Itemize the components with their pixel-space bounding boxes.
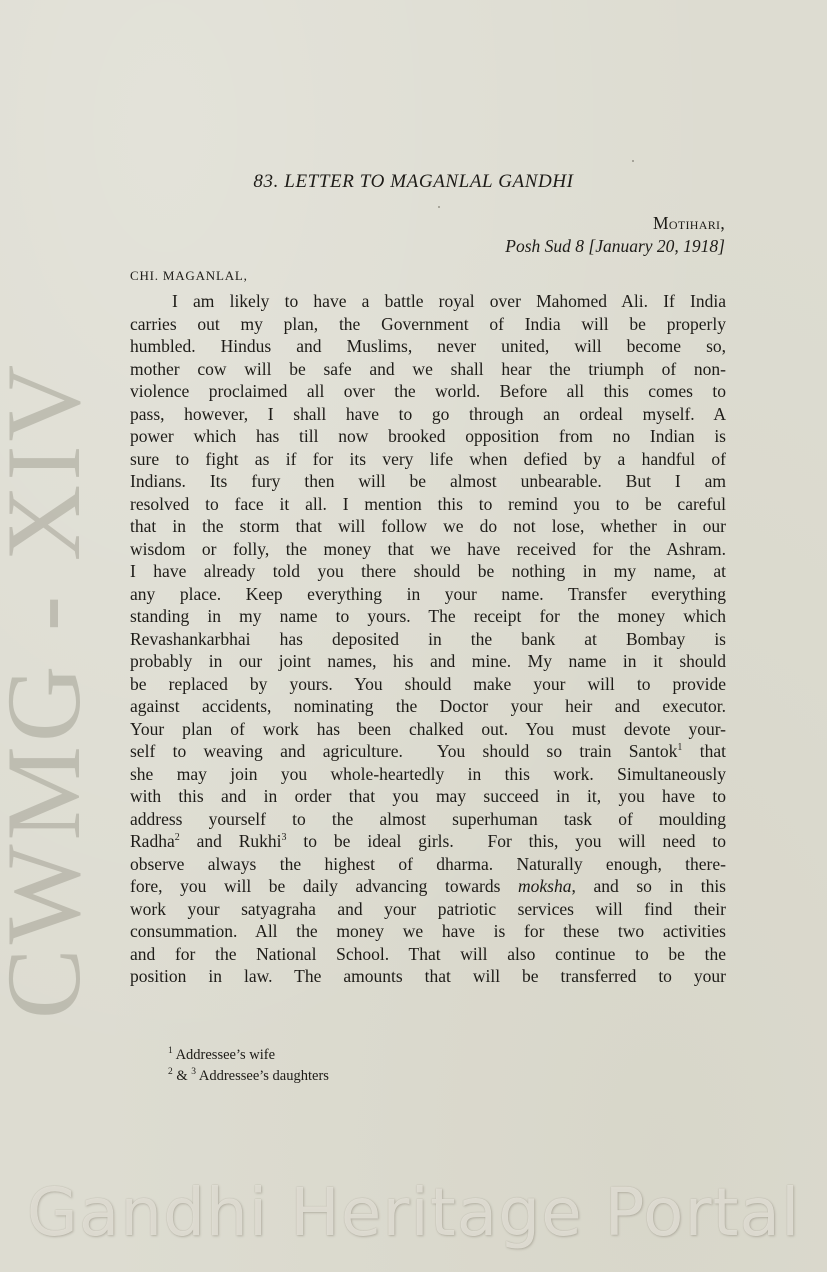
letter-title: 83. LETTER TO MAGANLAL GANDHI	[0, 171, 827, 193]
footnote-joiner: &	[173, 1068, 192, 1084]
body-line: any place. Keep everything in your name.…	[130, 583, 726, 606]
body-line: Radha2 and Rukhi3 to be ideal girls. For…	[130, 830, 726, 853]
salutation: CHI. MAGANLAL,	[130, 268, 248, 284]
body-line: self to weaving and agriculture. You sho…	[130, 740, 726, 763]
body-line: carries out my plan, the Government of I…	[130, 313, 726, 336]
body-line: against accidents, nominating the Doctor…	[130, 695, 726, 718]
body-line: humbled. Hindus and Muslims, never unite…	[130, 335, 726, 358]
body-line-text: to be ideal girls. For this, you will ne…	[287, 831, 726, 851]
body-line: sure to fight as if for its very life wh…	[130, 448, 726, 471]
body-line: observe always the highest of dharma. Na…	[130, 853, 726, 876]
body-line: mother cow will be safe and we shall hea…	[130, 358, 726, 381]
body-line: violence proclaimed all over the world. …	[130, 380, 726, 403]
body-line-text: and Rukhi	[180, 831, 282, 851]
footnote-1: 1 Addressee’s wife	[168, 1045, 329, 1066]
body-line: and for the National School. That will a…	[130, 943, 726, 966]
body-line: probably in our joint names, his and min…	[130, 650, 726, 673]
body-line: power which has till now brooked opposit…	[130, 425, 726, 448]
body-line: work your satyagraha and your patriotic …	[130, 898, 726, 921]
paper-speck	[632, 160, 634, 162]
body-line: address yourself to the almost superhuma…	[130, 808, 726, 831]
body-line-text: self to weaving and agriculture. You sho…	[130, 741, 677, 761]
body-line: standing in my name to yours. The receip…	[130, 605, 726, 628]
body-line: I have already told you there should be …	[130, 560, 726, 583]
date-prefix: Posh Sud 8	[505, 236, 588, 256]
letter-body: I am likely to have a battle royal over …	[130, 290, 726, 988]
portal-watermark: Gandhi Heritage Portal	[0, 1180, 827, 1246]
date-bracketed: [January 20, 1918]	[588, 236, 725, 256]
body-line: pass, however, I shall have to go throug…	[130, 403, 726, 426]
body-line: Your plan of work has been chalked out. …	[130, 718, 726, 741]
body-line: wisdom or folly, the money that we have …	[130, 538, 726, 561]
body-line: she may join you whole-heartedly in this…	[130, 763, 726, 786]
body-line: Indians. Its fury then will be almost un…	[130, 470, 726, 493]
body-line: with this and in order that you may succ…	[130, 785, 726, 808]
scanned-page: CWMG - XIV 83. LETTER TO MAGANLAL GANDHI…	[0, 0, 827, 1272]
body-line: resolved to face it all. I mention this …	[130, 493, 726, 516]
body-line: position in law. The amounts that will b…	[130, 965, 726, 988]
body-line: Revashankarbhai has deposited in the ban…	[130, 628, 726, 651]
body-line: be replaced by yours. You should make yo…	[130, 673, 726, 696]
body-line: that in the storm that will follow we do…	[130, 515, 726, 538]
body-line: fore, you will be daily advancing toward…	[130, 875, 726, 898]
letter-date: Posh Sud 8 [January 20, 1918]	[505, 236, 725, 257]
footnote-text: Addressee’s wife	[173, 1047, 275, 1063]
footnote-2-3: 2 & 3 Addressee’s daughters	[168, 1066, 329, 1087]
body-line-text: fore, you will be daily advancing toward…	[130, 876, 518, 896]
letter-place: Motihari,	[653, 213, 725, 234]
body-line: I am likely to have a battle royal over …	[130, 290, 726, 313]
body-line: consummation. All the money we have is f…	[130, 920, 726, 943]
footnotes: 1 Addressee’s wife 2 & 3 Addressee’s dau…	[168, 1045, 329, 1087]
italic-term-moksha: moksha	[518, 876, 571, 896]
body-line-text: that	[682, 741, 726, 761]
body-line-text: , and so in this	[572, 876, 727, 896]
volume-watermark: CWMG - XIV	[0, 361, 97, 1019]
footnote-text: Addressee’s daughters	[196, 1068, 329, 1084]
body-line-text: Radha	[130, 831, 175, 851]
paper-speck	[438, 206, 440, 208]
